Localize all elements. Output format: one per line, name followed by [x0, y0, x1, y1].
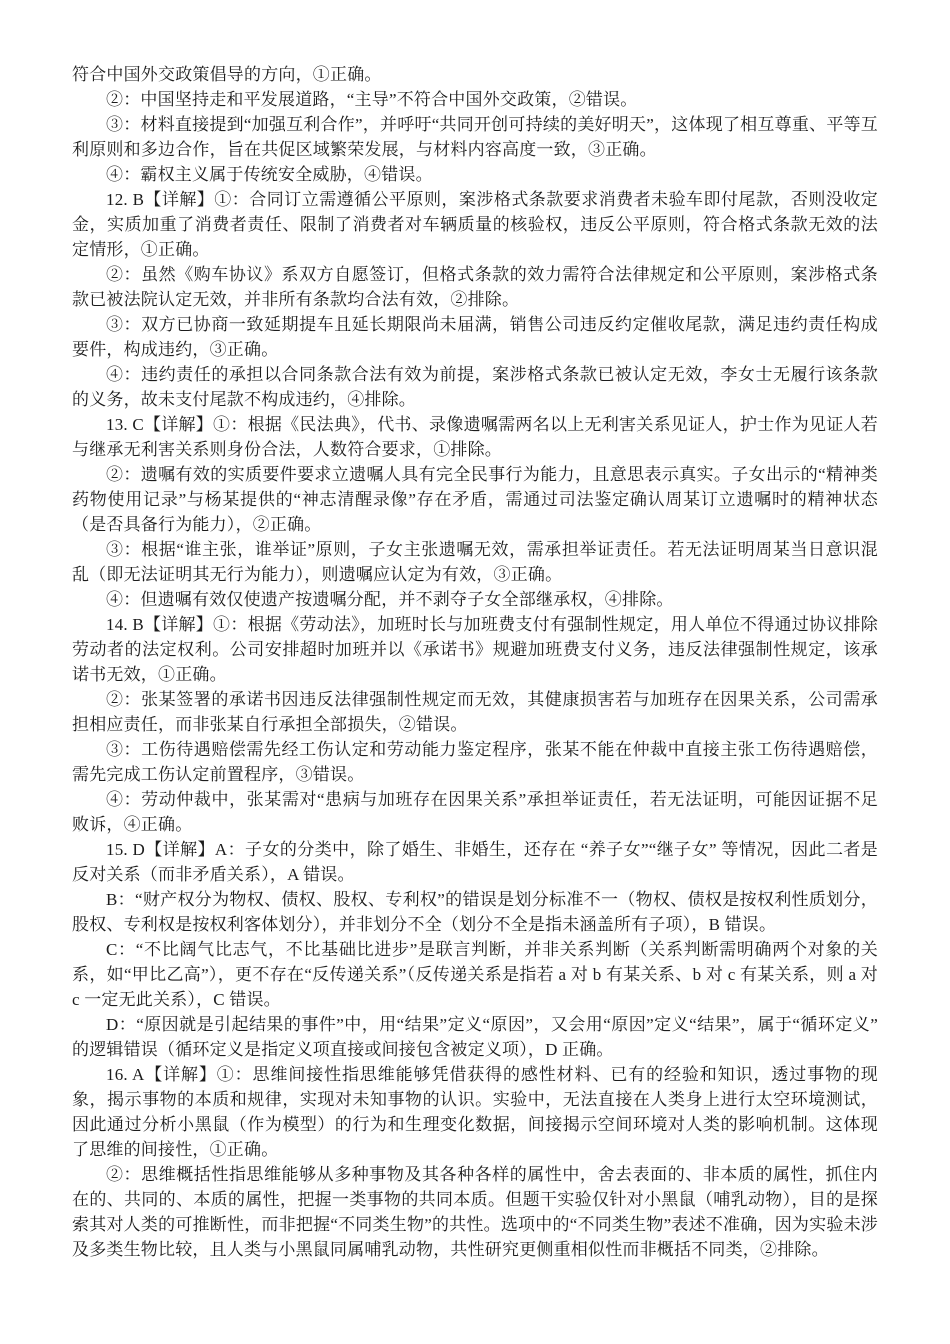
paragraph-q12-point4: ④：违约责任的承担以合同条款合法有效为前提，案涉格式条款已被认定无效，李女士无履… — [72, 362, 878, 412]
paragraph-q12-point2: ②：虽然《购车协议》系双方自愿签订，但格式条款的效力需符合法律规定和公平原则，案… — [72, 262, 878, 312]
paragraph-q15-optionB: B：“财产权分为物权、债权、股权、专利权”的错误是划分标准不一（物权、债权是按权… — [72, 887, 878, 937]
paragraph-q11-point3: ③：材料直接提到“加强互利合作”，并呼吁“共同开创可持续的美好明天”，这体现了相… — [72, 112, 878, 162]
paragraph-q12-point3: ③：双方已协商一致延期提车且延长期限尚未届满，销售公司违反约定催收尾款，满足违约… — [72, 312, 878, 362]
paragraph-q14-answer: 14. B【详解】①：根据《劳动法》，加班时长与加班费支付有强制性规定，用人单位… — [72, 612, 878, 687]
paragraph-q13-point3: ③：根据“谁主张，谁举证”原则，子女主张遗嘱无效，需承担举证责任。若无法证明周某… — [72, 537, 878, 587]
paragraph-q16-answer: 16. A【详解】①：思维间接性指思维能够凭借获得的感性材料、已有的经验和知识，… — [72, 1062, 878, 1162]
paragraph-q15-optionD: D：“原因就是引起结果的事件”中，用“结果”定义“原因”，又会用“原因”定义“结… — [72, 1012, 878, 1062]
paragraph-q11-continuation: 符合中国外交政策倡导的方向，①正确。 — [72, 62, 878, 87]
answer-explanations-block: 符合中国外交政策倡导的方向，①正确。 ②：中国坚持走和平发展道路，“主导”不符合… — [72, 62, 878, 1262]
paragraph-q16-point2: ②：思维概括性指思维能够从多种事物及其各种各样的属性中，舍去表面的、非本质的属性… — [72, 1162, 878, 1262]
paragraph-q11-point2: ②：中国坚持走和平发展道路，“主导”不符合中国外交政策，②错误。 — [72, 87, 878, 112]
paragraph-q15-optionC: C：“不比阔气比志气，不比基础比进步”是联言判断，并非关系判断（关系判断需明确两… — [72, 937, 878, 1012]
paragraph-q11-point4: ④：霸权主义属于传统安全威胁，④错误。 — [72, 162, 878, 187]
paragraph-q12-answer: 12. B【详解】①：合同订立需遵循公平原则，案涉格式条款要求消费者未验车即付尾… — [72, 187, 878, 262]
paragraph-q14-point4: ④：劳动仲裁中，张某需对“患病与加班存在因果关系”承担举证责任，若无法证明，可能… — [72, 787, 878, 837]
paragraph-q13-answer: 13. C【详解】①：根据《民法典》，代书、录像遗嘱需两名以上无利害关系见证人，… — [72, 412, 878, 462]
paragraph-q14-point3: ③：工伤待遇赔偿需先经工伤认定和劳动能力鉴定程序，张某不能在仲裁中直接主张工伤待… — [72, 737, 878, 787]
paragraph-q15-answer: 15. D【详解】A：子女的分类中，除了婚生、非婚生，还存在 “养子女”“继子女… — [72, 837, 878, 887]
document-page: 符合中国外交政策倡导的方向，①正确。 ②：中国坚持走和平发展道路，“主导”不符合… — [0, 0, 950, 1344]
paragraph-q13-point2: ②：遗嘱有效的实质要件要求立遗嘱人具有完全民事行为能力，且意思表示真实。子女出示… — [72, 462, 878, 537]
paragraph-q14-point2: ②：张某签署的承诺书因违反法律强制性规定而无效，其健康损害若与加班存在因果关系，… — [72, 687, 878, 737]
paragraph-q13-point4: ④：但遗嘱有效仅使遗产按遗嘱分配，并不剥夺子女全部继承权，④排除。 — [72, 587, 878, 612]
